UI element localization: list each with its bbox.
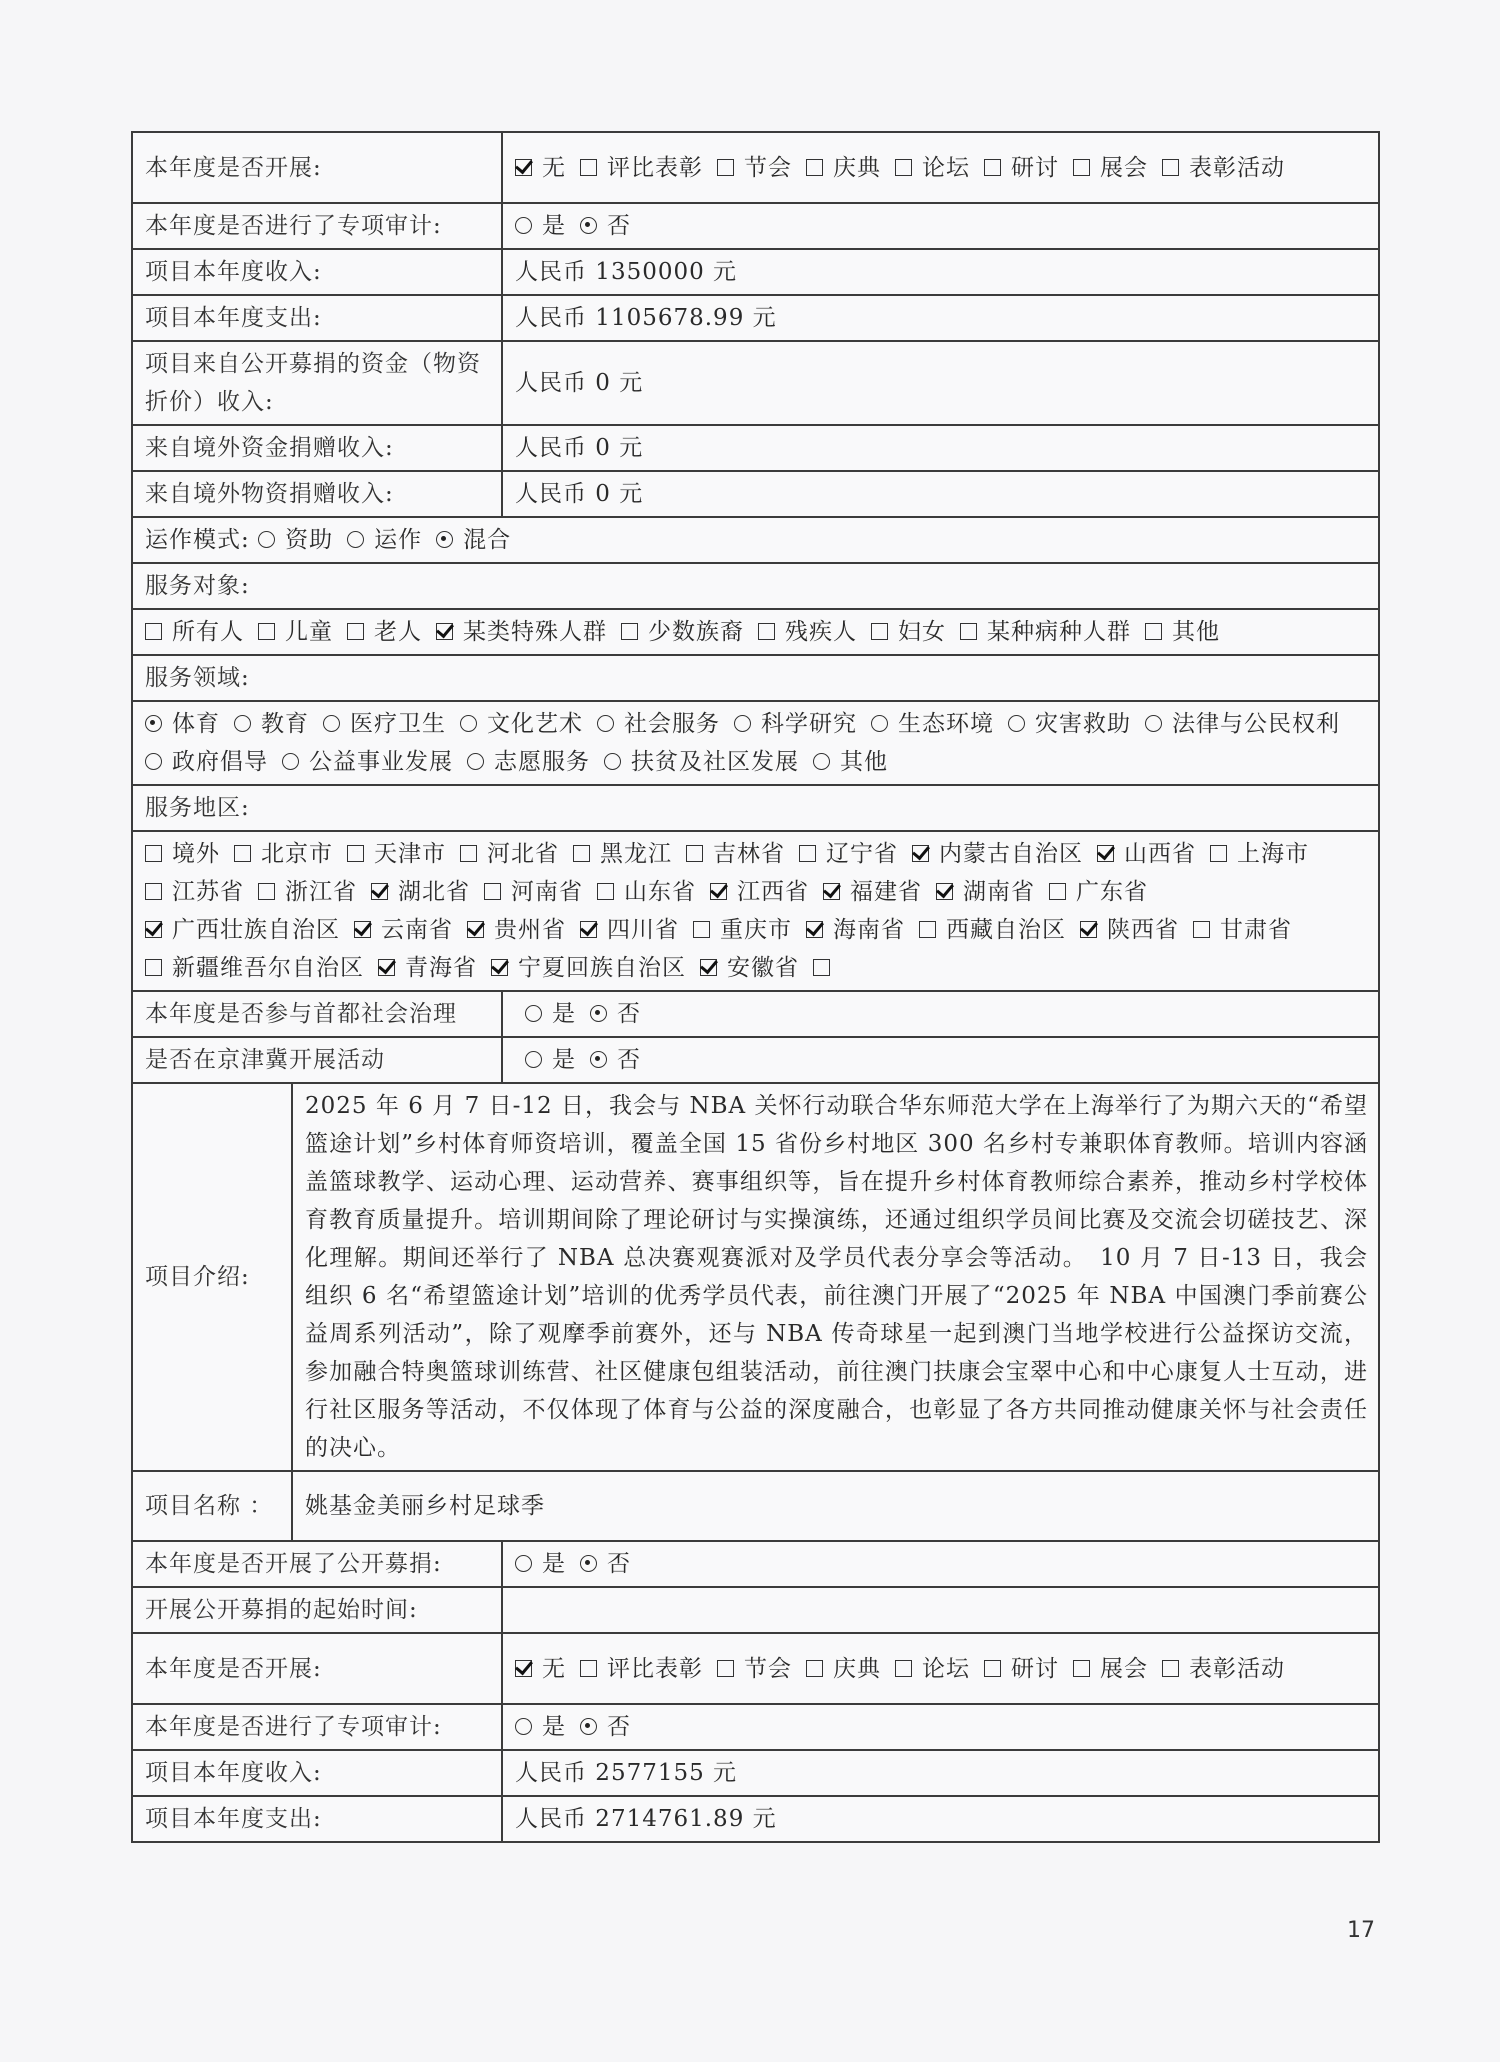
option-label: 吉林省 (713, 841, 785, 867)
option-item[interactable]: 广西壮族自治区 (145, 911, 340, 949)
checkbox-empty-icon[interactable] (484, 883, 501, 900)
radio-no[interactable]: 否 (590, 995, 641, 1033)
radio-label: 否 (617, 1001, 641, 1027)
option-item[interactable]: 山东省 (597, 873, 696, 911)
row-income-2: 项目本年度收入: 人民币 2577155 元 (132, 1750, 1379, 1796)
checkbox-empty-icon[interactable] (145, 959, 162, 976)
expense-label: 项目本年度支出: (132, 295, 502, 341)
public-fund-label: 项目来自公开募捐的资金（物资折价）收入: (132, 341, 502, 425)
checkbox-empty-icon[interactable] (984, 159, 1001, 176)
option-item[interactable]: 资助 (258, 521, 333, 559)
fundraising-start-value (502, 1587, 1379, 1633)
option-label: 节会 (744, 155, 792, 181)
public-fundraising-label: 本年度是否开展了公开募捐: (132, 1541, 502, 1587)
option-item[interactable]: 研讨 (984, 1650, 1059, 1688)
checkbox-empty-icon[interactable] (960, 623, 977, 640)
expense-label-2: 项目本年度支出: (132, 1796, 502, 1842)
radio-yes[interactable]: 是 (515, 1545, 566, 1583)
checkbox-empty-icon[interactable] (460, 845, 477, 862)
checkbox-empty-icon[interactable] (806, 159, 823, 176)
option-item[interactable]: 境外 (145, 835, 220, 873)
radio-empty-icon[interactable] (515, 1555, 532, 1572)
option-label: 表彰活动 (1189, 155, 1285, 181)
option-label: 宁夏回族自治区 (518, 955, 686, 981)
checkbox-checked-icon[interactable] (936, 883, 953, 900)
project-info-table: 本年度是否开展: 无评比表彰节会庆典论坛研讨展会表彰活动 本年度是否进行了专项审… (131, 131, 1380, 1843)
option-label: 志愿服务 (494, 749, 590, 775)
radio-selected-icon[interactable] (580, 1718, 597, 1735)
checkbox-checked-icon[interactable] (378, 959, 395, 976)
radio-selected-icon[interactable] (590, 1005, 607, 1022)
document-page: 本年度是否开展: 无评比表彰节会庆典论坛研讨展会表彰活动 本年度是否进行了专项审… (131, 131, 1378, 1843)
checkbox-empty-icon[interactable] (145, 883, 162, 900)
radio-empty-icon[interactable] (258, 531, 275, 548)
option-label: 河南省 (511, 879, 583, 905)
row-income: 项目本年度收入: 人民币 1350000 元 (132, 249, 1379, 295)
option-item[interactable]: 研讨 (984, 149, 1059, 187)
radio-no[interactable]: 否 (590, 1041, 641, 1079)
checkbox-empty-icon[interactable] (758, 623, 775, 640)
radio-label: 是 (552, 1047, 576, 1073)
option-item[interactable]: 节会 (717, 1650, 792, 1688)
service-fields-options: 体育教育医疗卫生文化艺术社会服务科学研究生态环境灾害救助法律与公民权利政府倡导公… (132, 701, 1379, 785)
option-item[interactable]: 志愿服务 (467, 743, 590, 781)
checkbox-checked-icon[interactable] (912, 845, 929, 862)
checkbox-checked-icon[interactable] (823, 883, 840, 900)
option-item[interactable]: 少数族裔 (621, 613, 744, 651)
audit-label-2: 本年度是否进行了专项审计: (132, 1704, 502, 1750)
activities-options-2: 无评比表彰节会庆典论坛研讨展会表彰活动 (502, 1633, 1379, 1704)
option-item[interactable]: 浙江省 (258, 873, 357, 911)
radio-label: 否 (607, 1551, 631, 1577)
checkbox-empty-icon[interactable] (258, 883, 275, 900)
checkbox-empty-icon[interactable] (621, 623, 638, 640)
option-item[interactable]: 甘肃省 (1193, 911, 1292, 949)
option-item[interactable]: 论坛 (895, 1650, 970, 1688)
option-item[interactable]: 庆典 (806, 1650, 881, 1688)
option-label: 贵州省 (494, 917, 566, 943)
option-item[interactable]: 四川省 (580, 911, 679, 949)
option-label: 扶贫及社区发展 (631, 749, 799, 775)
option-label: 内蒙古自治区 (939, 841, 1083, 867)
radio-empty-icon[interactable] (234, 715, 251, 732)
option-item[interactable]: 湖南省 (936, 873, 1035, 911)
option-item[interactable]: 扶贫及社区发展 (604, 743, 799, 781)
service-fields-label: 服务领域: (132, 655, 1379, 701)
option-item[interactable]: 新疆维吾尔自治区 (145, 949, 364, 987)
checkbox-empty-icon[interactable] (813, 959, 830, 976)
income-value-2: 人民币 2577155 元 (502, 1750, 1379, 1796)
checkbox-checked-icon[interactable] (710, 883, 727, 900)
radio-empty-icon[interactable] (467, 753, 484, 770)
activities-options: 无评比表彰节会庆典论坛研讨展会表彰活动 (502, 132, 1379, 203)
option-label: 表彰活动 (1189, 1656, 1285, 1682)
option-label: 江苏省 (172, 879, 244, 905)
option-label: 公益事业发展 (309, 749, 453, 775)
option-label: 文化艺术 (487, 711, 583, 737)
option-item[interactable]: 评比表彰 (580, 1650, 703, 1688)
checkbox-checked-icon[interactable] (145, 921, 162, 938)
capital-governance-radio-group: 是否 (502, 991, 1379, 1037)
checkbox-empty-icon[interactable] (717, 159, 734, 176)
option-label: 社会服务 (624, 711, 720, 737)
project-name-label: 项目名称 ： (132, 1471, 292, 1541)
audit-label: 本年度是否进行了专项审计: (132, 203, 502, 249)
option-label: 黑龙江 (600, 841, 672, 867)
option-item[interactable]: 辽宁省 (799, 835, 898, 873)
checkbox-empty-icon[interactable] (597, 883, 614, 900)
option-label: 论坛 (922, 1656, 970, 1682)
radio-label: 是 (542, 1551, 566, 1577)
option-item[interactable]: 政府倡导 (145, 743, 268, 781)
activities-label-2: 本年度是否开展: (132, 1633, 502, 1704)
checkbox-empty-icon[interactable] (693, 921, 710, 938)
row-activities-2: 本年度是否开展: 无评比表彰节会庆典论坛研讨展会表彰活动 (132, 1633, 1379, 1704)
option-item[interactable]: 湖北省 (371, 873, 470, 911)
option-label: 体育 (172, 711, 220, 737)
option-item[interactable]: 陕西省 (1080, 911, 1179, 949)
option-item[interactable]: 法律与公民权利 (1145, 705, 1340, 743)
option-label: 浙江省 (285, 879, 357, 905)
option-item[interactable]: 医疗卫生 (323, 705, 446, 743)
radio-empty-icon[interactable] (323, 715, 340, 732)
option-label: 云南省 (381, 917, 453, 943)
radio-label: 是 (542, 213, 566, 239)
foreign-cash-value: 人民币 0 元 (502, 425, 1379, 471)
option-item[interactable]: 江苏省 (145, 873, 244, 911)
option-label: 广西壮族自治区 (172, 917, 340, 943)
option-label: 甘肃省 (1220, 917, 1292, 943)
option-item[interactable]: 文化艺术 (460, 705, 583, 743)
radio-empty-icon[interactable] (597, 715, 614, 732)
option-label: 妇女 (898, 619, 946, 645)
option-item[interactable]: 论坛 (895, 149, 970, 187)
option-label: 山东省 (624, 879, 696, 905)
option-item[interactable]: 广东省 (1049, 873, 1148, 911)
radio-empty-icon[interactable] (515, 1718, 532, 1735)
audit-radio-group-2: 是否 (502, 1704, 1379, 1750)
option-item[interactable]: 表彰活动 (1162, 1650, 1285, 1688)
option-item[interactable]: 内蒙古自治区 (912, 835, 1083, 873)
checkbox-checked-icon[interactable] (580, 921, 597, 938)
checkbox-empty-icon[interactable] (1193, 921, 1210, 938)
checkbox-empty-icon[interactable] (580, 159, 597, 176)
checkbox-empty-icon[interactable] (871, 623, 888, 640)
radio-empty-icon[interactable] (871, 715, 888, 732)
option-item[interactable]: 灾害救助 (1008, 705, 1131, 743)
checkbox-empty-icon[interactable] (145, 623, 162, 640)
capital-governance-label: 本年度是否参与首都社会治理 (132, 991, 502, 1037)
option-item[interactable]: 青海省 (378, 949, 477, 987)
radio-empty-icon[interactable] (604, 753, 621, 770)
option-label: 节会 (744, 1656, 792, 1682)
option-item[interactable]: 展会 (1073, 149, 1148, 187)
project-name-value: 姚基金美丽乡村足球季 (292, 1471, 1379, 1541)
radio-selected-icon[interactable] (580, 1555, 597, 1572)
option-label: 广东省 (1076, 879, 1148, 905)
option-item[interactable]: 其他 (1145, 613, 1220, 651)
option-item[interactable]: 生态环境 (871, 705, 994, 743)
radio-empty-icon[interactable] (460, 715, 477, 732)
option-label: 江西省 (737, 879, 809, 905)
checkbox-empty-icon[interactable] (234, 845, 251, 862)
option-label: 残疾人 (785, 619, 857, 645)
row-service-fields: 体育教育医疗卫生文化艺术社会服务科学研究生态环境灾害救助法律与公民权利政府倡导公… (132, 701, 1379, 785)
income-label: 项目本年度收入: (132, 249, 502, 295)
checkbox-empty-icon[interactable] (1073, 159, 1090, 176)
option-label: 青海省 (405, 955, 477, 981)
radio-no[interactable]: 否 (580, 1708, 631, 1746)
option-item[interactable]: 儿童 (258, 613, 333, 651)
checkbox-empty-icon[interactable] (1145, 623, 1162, 640)
checkbox-empty-icon[interactable] (258, 623, 275, 640)
checkbox-checked-icon[interactable] (467, 921, 484, 938)
option-item[interactable]: 宁夏回族自治区 (491, 949, 686, 987)
option-label: 湖南省 (963, 879, 1035, 905)
checkbox-empty-icon[interactable] (984, 1660, 1001, 1677)
radio-selected-icon[interactable] (145, 715, 162, 732)
option-item[interactable]: 安徽省 (700, 949, 799, 987)
jjj-activity-label: 是否在京津冀开展活动 (132, 1037, 502, 1083)
option-item[interactable]: 节会 (717, 149, 792, 187)
option-item[interactable]: 河南省 (484, 873, 583, 911)
option-label: 其他 (840, 749, 888, 775)
radio-selected-icon[interactable] (436, 531, 453, 548)
checkbox-checked-icon[interactable] (1080, 921, 1097, 938)
option-label: 论坛 (922, 155, 970, 181)
service-targets-label: 服务对象: (132, 563, 1379, 609)
activities-label: 本年度是否开展: (132, 132, 502, 203)
radio-empty-icon[interactable] (813, 753, 830, 770)
radio-empty-icon[interactable] (1008, 715, 1025, 732)
option-label: 辽宁省 (826, 841, 898, 867)
option-item[interactable]: 重庆市 (693, 911, 792, 949)
option-item[interactable]: 某类特殊人群 (436, 613, 607, 651)
row-audit-2: 本年度是否进行了专项审计: 是否 (132, 1704, 1379, 1750)
option-item[interactable]: 海南省 (806, 911, 905, 949)
option-item[interactable]: 无 (515, 149, 566, 187)
option-label: 医疗卫生 (350, 711, 446, 737)
option-label: 法律与公民权利 (1172, 711, 1340, 737)
radio-label: 是 (542, 1714, 566, 1740)
checkbox-checked-icon[interactable] (515, 1660, 532, 1677)
row-public-fund: 项目来自公开募捐的资金（物资折价）收入: 人民币 0 元 (132, 341, 1379, 425)
option-label: 展会 (1100, 1656, 1148, 1682)
radio-no[interactable]: 否 (580, 1545, 631, 1583)
option-item[interactable]: 表彰活动 (1162, 149, 1285, 187)
option-item[interactable]: 山西省 (1097, 835, 1196, 873)
option-item[interactable]: 无 (515, 1650, 566, 1688)
checkbox-empty-icon[interactable] (686, 845, 703, 862)
checkbox-empty-icon[interactable] (799, 845, 816, 862)
checkbox-checked-icon[interactable] (515, 159, 532, 176)
option-label: 重庆市 (720, 917, 792, 943)
option-item[interactable]: 体育 (145, 705, 220, 743)
intro-label: 项目介绍: (132, 1083, 292, 1471)
option-label: 庆典 (833, 1656, 881, 1682)
option-item[interactable]: 天津市 (347, 835, 446, 873)
row-capital-governance: 本年度是否参与首都社会治理 是否 (132, 991, 1379, 1037)
checkbox-empty-icon[interactable] (895, 1660, 912, 1677)
option-label: 西藏自治区 (946, 917, 1066, 943)
service-regions-options: 境外北京市天津市河北省黑龙江吉林省辽宁省内蒙古自治区山西省上海市江苏省浙江省湖北… (132, 831, 1379, 991)
option-item[interactable]: 科学研究 (734, 705, 857, 743)
row-audit: 本年度是否进行了专项审计: 是否 (132, 203, 1379, 249)
intro-text: 2025 年 6 月 7 日-12 日，我会与 NBA 关怀行动联合华东师范大学… (292, 1083, 1379, 1471)
option-label: 所有人 (172, 619, 244, 645)
radio-yes[interactable]: 是 (515, 207, 566, 245)
audit-radio-group: 是否 (502, 203, 1379, 249)
radio-empty-icon[interactable] (734, 715, 751, 732)
option-label: 其他 (1172, 619, 1220, 645)
expense-value: 人民币 1105678.99 元 (502, 295, 1379, 341)
option-label: 生态环境 (898, 711, 994, 737)
option-label: 新疆维吾尔自治区 (172, 955, 364, 981)
checkbox-empty-icon[interactable] (573, 845, 590, 862)
radio-yes[interactable]: 是 (525, 995, 576, 1033)
foreign-goods-label: 来自境外物资捐赠收入: (132, 471, 502, 517)
option-label: 科学研究 (761, 711, 857, 737)
radio-yes[interactable]: 是 (525, 1041, 576, 1079)
option-label: 无 (542, 1656, 566, 1682)
option-label: 教育 (261, 711, 309, 737)
option-item[interactable]: 吉林省 (686, 835, 785, 873)
radio-selected-icon[interactable] (590, 1051, 607, 1068)
option-label: 评比表彰 (607, 1656, 703, 1682)
option-item[interactable]: 庆典 (806, 149, 881, 187)
row-service-targets: 所有人儿童老人某类特殊人群少数族裔残疾人妇女某种病种人群其他 (132, 609, 1379, 655)
checkbox-empty-icon[interactable] (919, 921, 936, 938)
row-operation-mode: 运作模式: 资助运作混合 (132, 517, 1379, 563)
radio-empty-icon[interactable] (145, 753, 162, 770)
option-item[interactable]: 残疾人 (758, 613, 857, 651)
checkbox-checked-icon[interactable] (700, 959, 717, 976)
fundraising-start-label: 开展公开募捐的起始时间: (132, 1587, 502, 1633)
option-item[interactable]: 运作 (347, 521, 422, 559)
operation-mode-label: 运作模式: (145, 527, 250, 553)
checkbox-empty-icon[interactable] (895, 159, 912, 176)
option-label: 混合 (463, 527, 511, 553)
option-item[interactable]: 所有人 (145, 613, 244, 651)
checkbox-empty-icon[interactable] (580, 1660, 597, 1677)
checkbox-empty-icon[interactable] (806, 1660, 823, 1677)
radio-selected-icon[interactable] (580, 217, 597, 234)
row-service-regions-label: 服务地区: (132, 785, 1379, 831)
option-item[interactable]: 公益事业发展 (282, 743, 453, 781)
radio-empty-icon[interactable] (525, 1005, 542, 1022)
option-label: 政府倡导 (172, 749, 268, 775)
option-label: 陕西省 (1107, 917, 1179, 943)
option-item[interactable]: 上海市 (1210, 835, 1309, 873)
checkbox-checked-icon[interactable] (436, 623, 453, 640)
checkbox-checked-icon[interactable] (354, 921, 371, 938)
foreign-goods-value: 人民币 0 元 (502, 471, 1379, 517)
checkbox-empty-icon[interactable] (1049, 883, 1066, 900)
operation-mode: 运作模式: 资助运作混合 (132, 517, 1379, 563)
option-item[interactable]: 江西省 (710, 873, 809, 911)
option-item[interactable]: 混合 (436, 521, 511, 559)
option-label: 灾害救助 (1035, 711, 1131, 737)
option-label: 湖北省 (398, 879, 470, 905)
option-label: 资助 (285, 527, 333, 553)
option-item[interactable] (813, 949, 840, 987)
radio-label: 否 (617, 1047, 641, 1073)
checkbox-checked-icon[interactable] (806, 921, 823, 938)
checkbox-checked-icon[interactable] (371, 883, 388, 900)
option-label: 研讨 (1011, 1656, 1059, 1682)
option-item[interactable]: 展会 (1073, 1650, 1148, 1688)
option-item[interactable]: 云南省 (354, 911, 453, 949)
checkbox-empty-icon[interactable] (717, 1660, 734, 1677)
public-fundraising-radio-group: 是否 (502, 1541, 1379, 1587)
jjj-activity-radio-group: 是否 (502, 1037, 1379, 1083)
radio-empty-icon[interactable] (347, 531, 364, 548)
row-foreign-goods: 来自境外物资捐赠收入: 人民币 0 元 (132, 471, 1379, 517)
option-item[interactable]: 社会服务 (597, 705, 720, 743)
option-label: 福建省 (850, 879, 922, 905)
option-item[interactable]: 河北省 (460, 835, 559, 873)
option-item[interactable]: 评比表彰 (580, 149, 703, 187)
checkbox-empty-icon[interactable] (347, 623, 364, 640)
row-service-regions: 境外北京市天津市河北省黑龙江吉林省辽宁省内蒙古自治区山西省上海市江苏省浙江省湖北… (132, 831, 1379, 991)
option-item[interactable]: 教育 (234, 705, 309, 743)
row-activities: 本年度是否开展: 无评比表彰节会庆典论坛研讨展会表彰活动 (132, 132, 1379, 203)
checkbox-empty-icon[interactable] (1073, 1660, 1090, 1677)
radio-no[interactable]: 否 (580, 207, 631, 245)
public-fund-value: 人民币 0 元 (502, 341, 1379, 425)
radio-yes[interactable]: 是 (515, 1708, 566, 1746)
checkbox-checked-icon[interactable] (1097, 845, 1114, 862)
checkbox-checked-icon[interactable] (491, 959, 508, 976)
option-label: 山西省 (1124, 841, 1196, 867)
radio-empty-icon[interactable] (515, 217, 532, 234)
option-label: 老人 (374, 619, 422, 645)
checkbox-empty-icon[interactable] (1210, 845, 1227, 862)
radio-label: 否 (607, 213, 631, 239)
option-label: 某种病种人群 (987, 619, 1131, 645)
option-item[interactable]: 贵州省 (467, 911, 566, 949)
service-targets-options: 所有人儿童老人某类特殊人群少数族裔残疾人妇女某种病种人群其他 (132, 609, 1379, 655)
checkbox-empty-icon[interactable] (1162, 159, 1179, 176)
radio-empty-icon[interactable] (1145, 715, 1162, 732)
option-label: 评比表彰 (607, 155, 703, 181)
option-item[interactable]: 某种病种人群 (960, 613, 1131, 651)
radio-empty-icon[interactable] (525, 1051, 542, 1068)
row-service-targets-label: 服务对象: (132, 563, 1379, 609)
option-label: 境外 (172, 841, 220, 867)
option-item[interactable]: 老人 (347, 613, 422, 651)
operation-mode-options: 资助运作混合 (258, 527, 525, 553)
option-item[interactable]: 黑龙江 (573, 835, 672, 873)
option-item[interactable]: 其他 (813, 743, 888, 781)
option-label: 儿童 (285, 619, 333, 645)
option-label: 庆典 (833, 155, 881, 181)
checkbox-empty-icon[interactable] (347, 845, 364, 862)
option-item[interactable]: 妇女 (871, 613, 946, 651)
radio-empty-icon[interactable] (282, 753, 299, 770)
option-label: 北京市 (261, 841, 333, 867)
checkbox-empty-icon[interactable] (1162, 1660, 1179, 1677)
radio-label: 是 (552, 1001, 576, 1027)
income-label-2: 项目本年度收入: (132, 1750, 502, 1796)
option-label: 河北省 (487, 841, 559, 867)
option-item[interactable]: 西藏自治区 (919, 911, 1066, 949)
row-expense-2: 项目本年度支出: 人民币 2714761.89 元 (132, 1796, 1379, 1842)
expense-value-2: 人民币 2714761.89 元 (502, 1796, 1379, 1842)
option-item[interactable]: 福建省 (823, 873, 922, 911)
checkbox-empty-icon[interactable] (145, 845, 162, 862)
option-item[interactable]: 北京市 (234, 835, 333, 873)
